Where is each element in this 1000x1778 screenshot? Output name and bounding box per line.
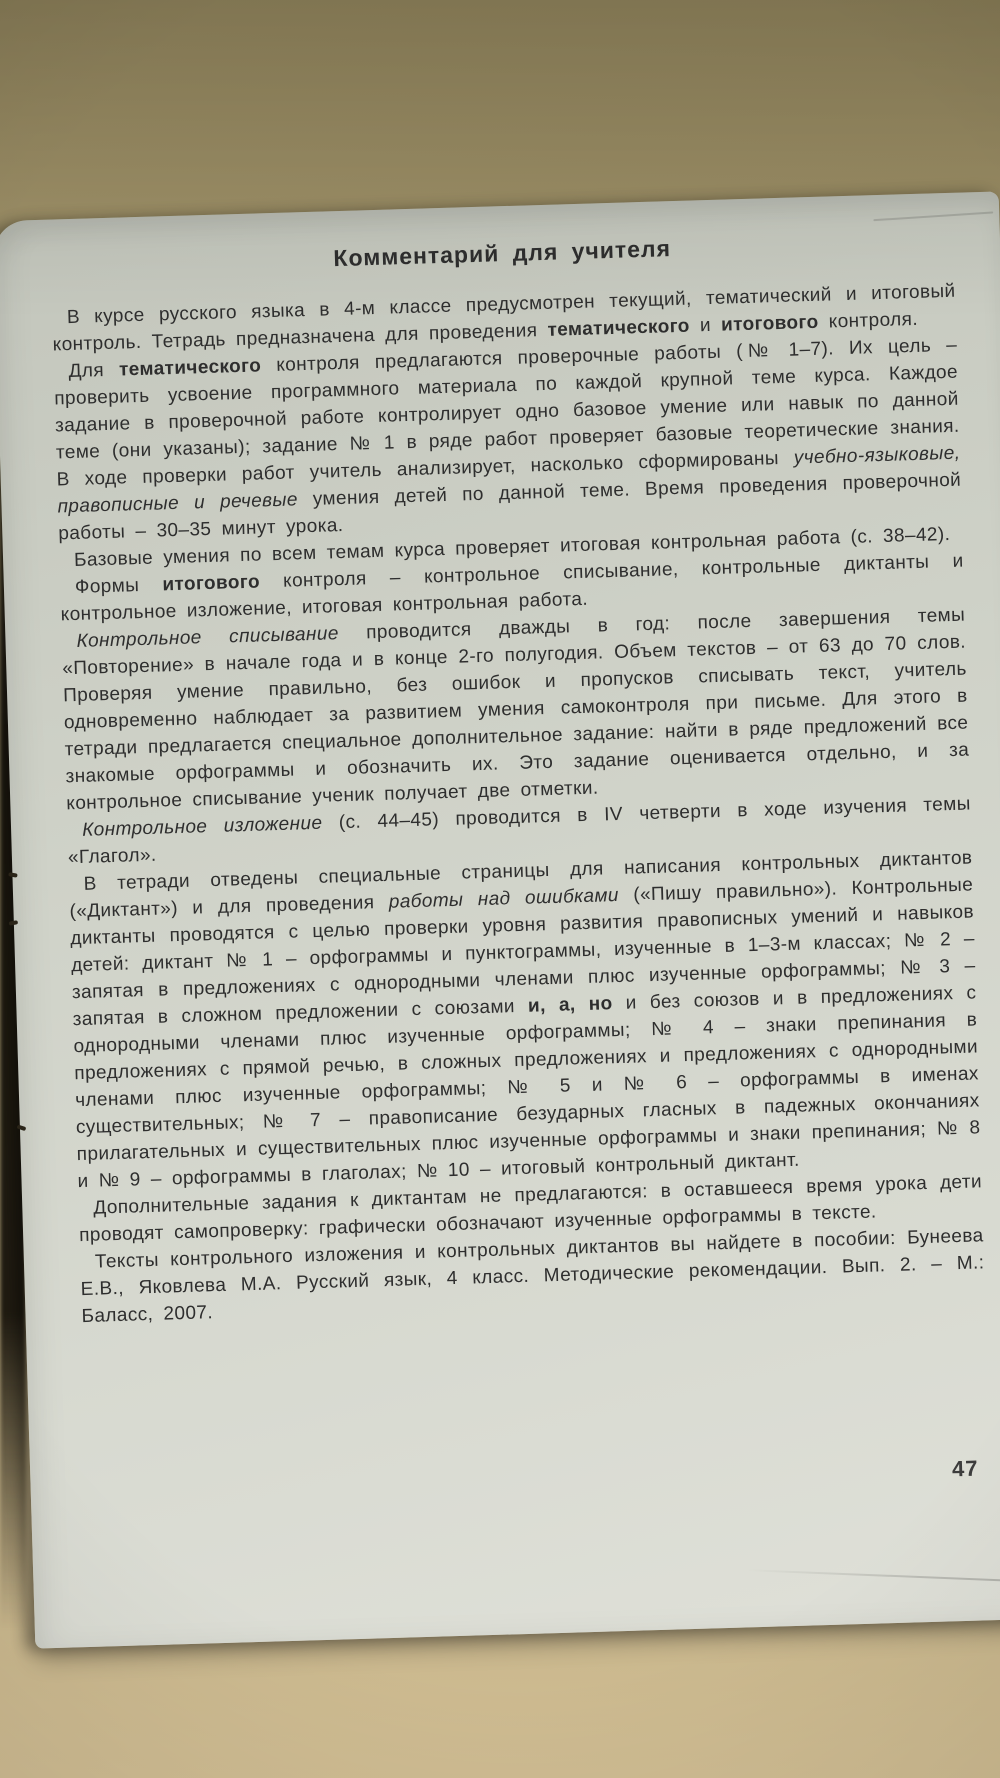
paragraph-segment: Формы [75, 574, 163, 598]
paragraph-segment: тематического [119, 355, 262, 380]
paragraph-segment: тематического [547, 316, 690, 341]
page-fold-crease [746, 1569, 1000, 1583]
paragraph: В тетради отведены специальные страницы … [68, 844, 981, 1195]
paragraph-segment: Для [68, 360, 119, 382]
book-page: Комментарий для учителя В курсе русского… [0, 191, 1000, 1648]
paragraph-segment: итогового [162, 571, 260, 595]
paragraph-segment: итогового [721, 312, 819, 336]
page-stack-edge [873, 211, 993, 221]
page-content: Комментарий для учителя В курсе русского… [50, 227, 991, 1508]
page-number: 47 [86, 1455, 990, 1508]
photo-background: Комментарий для учителя В курсе русского… [0, 0, 1000, 1778]
torn-edge-mark [9, 920, 19, 925]
page-title: Комментарий для учителя [50, 227, 954, 281]
paragraph: Контрольное списывание проводится дважды… [61, 602, 970, 818]
paragraph-segment: Контрольное списывание [76, 623, 339, 652]
paragraph: Для тематического контроля предлагаются … [53, 332, 962, 548]
paragraph-segment: Контрольное изложение [82, 813, 323, 841]
paragraph-segment: работы над ошибками [389, 885, 620, 913]
paragraph-segment: и [689, 315, 721, 337]
page-text: В курсе русского языка в 4-м классе пред… [52, 278, 986, 1330]
paragraph-segment: и, а, но [528, 993, 613, 1016]
paragraph-segment: контроля. [818, 309, 918, 333]
